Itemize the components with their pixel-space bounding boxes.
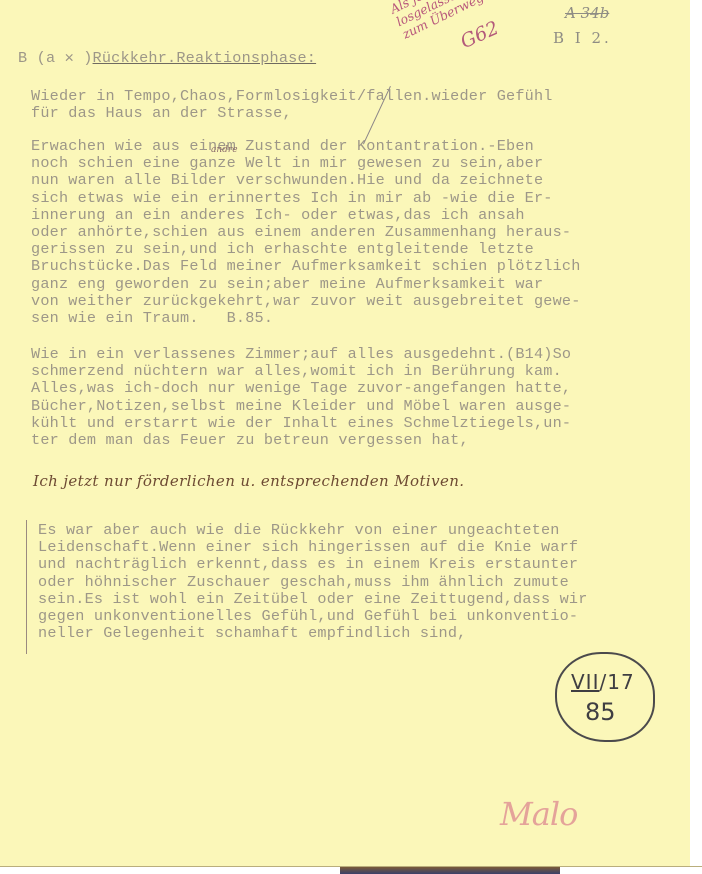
- text-line: ganz eng geworden zu sein;aber meine Auf…: [31, 276, 581, 293]
- text-line: sen wie ein Traum. B.85.: [31, 310, 581, 327]
- text-line: innerung an ein anderes Ich- oder etwas,…: [31, 207, 581, 224]
- text-line: Alles,was ich-doch nur wenige Tage zuvor…: [31, 380, 571, 397]
- stamp-page: 85: [585, 698, 616, 726]
- text-line: ter dem man das Feuer zu betreun vergess…: [31, 432, 571, 449]
- text-line: Leidenschaft.Wenn einer sich hingerissen…: [38, 539, 588, 556]
- archive-reference: B I 2.: [553, 29, 612, 47]
- interlinear-note: andre: [211, 143, 238, 157]
- text-line: Wie in ein verlassenes Zimmer;auf alles …: [31, 346, 571, 363]
- text-line: sein.Es ist wohl ein Zeitübel oder eine …: [38, 591, 588, 608]
- handwritten-comment: Ich jetzt nur förderlichen u. entspreche…: [33, 472, 464, 490]
- archive-stamp: VII/17 85: [555, 652, 655, 742]
- text-line: schmerzend nüchtern war alles,womit ich …: [31, 363, 571, 380]
- text-line: nun waren alle Bilder verschwunden.Hie u…: [31, 172, 581, 189]
- text-line: gerissen zu sein,und ich erhaschte entgl…: [31, 241, 581, 258]
- paragraph-4: Es war aber auch wie die Rückkehr von ei…: [38, 522, 588, 642]
- heading-title: Rückkehr.Reaktionsphase:: [93, 49, 317, 67]
- text-line: Bücher,Notizen,selbst meine Kleider und …: [31, 398, 571, 415]
- text-line: gegen unkonventionelles Gefühl,und Gefüh…: [38, 608, 588, 625]
- text-line: Es war aber auch wie die Rückkehr von ei…: [38, 522, 588, 539]
- text-line: sich etwas wie ein erinnertes Ich in mir…: [31, 190, 581, 207]
- text-line: noch schien eine ganze Welt in mir gewes…: [31, 155, 581, 172]
- text-line: Wieder in Tempo,Chaos,Formlosigkeit/fall…: [31, 88, 553, 105]
- scanner-shadow: [340, 867, 560, 874]
- paragraph-3: Wie in ein verlassenes Zimmer;auf alles …: [31, 346, 571, 449]
- margin-mark: [26, 520, 27, 654]
- heading-prefix: B (a ✕ ): [18, 49, 93, 67]
- section-heading: B (a ✕ )Rückkehr.Reaktionsphase:: [18, 50, 316, 67]
- text-line: Erwachen wie aus einem Zustand der Konta…: [31, 138, 581, 155]
- paragraph-1: Wieder in Tempo,Chaos,Formlosigkeit/fall…: [31, 88, 553, 122]
- stamp-number: 17: [607, 670, 634, 694]
- stamp-roman: VII: [571, 670, 599, 694]
- text-line: und nachträglich erkennt,dass es in eine…: [38, 556, 588, 573]
- text-line: neller Gelegenheit schamhaft empfindlich…: [38, 625, 588, 642]
- signature: Malo: [500, 795, 577, 833]
- text-line: oder höhnischer Zuschauer geschah,muss i…: [38, 574, 588, 591]
- text-line: von weither zurückgekehrt,war zuvor weit…: [31, 293, 581, 310]
- text-line: kühlt und erstarrt wie der Inhalt eines …: [31, 415, 571, 432]
- text-line: für das Haus an der Strasse,: [31, 105, 553, 122]
- text-line: Bruchstücke.Das Feld meiner Aufmerksamke…: [31, 258, 581, 275]
- struck-reference: A 34b: [565, 4, 609, 22]
- stamp-top: VII/17: [571, 670, 635, 694]
- paragraph-2: Erwachen wie aus einem Zustand der Konta…: [31, 138, 581, 327]
- text-line: oder anhörte,schien aus einem anderen Zu…: [31, 224, 581, 241]
